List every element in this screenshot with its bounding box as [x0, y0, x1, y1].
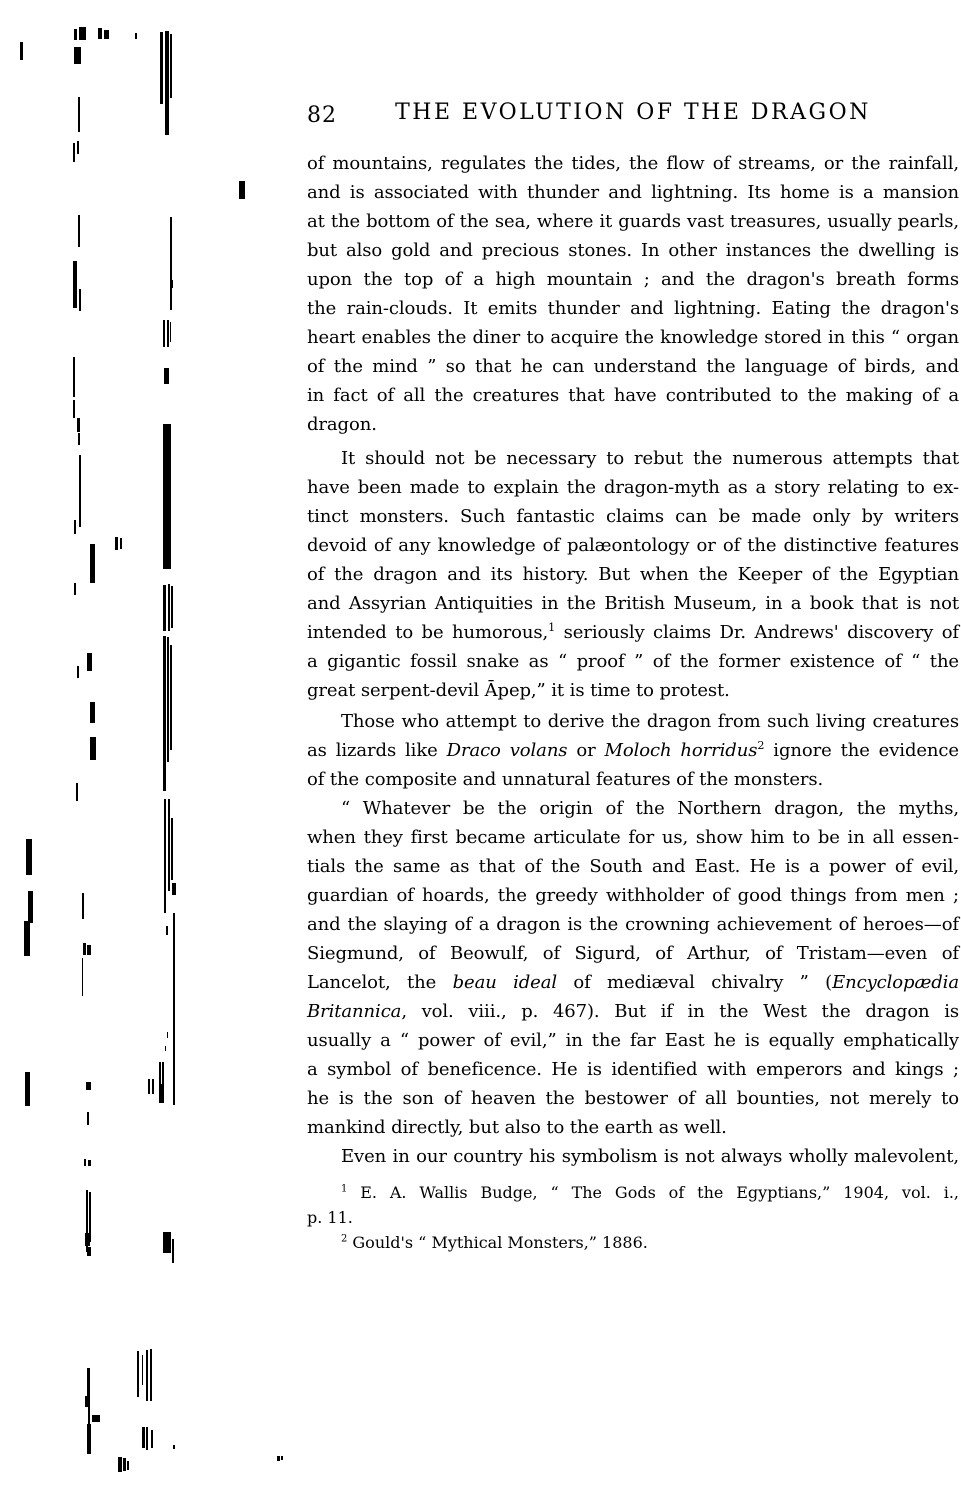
text-line: 1 E. A. Wallis Budge, “ The Gods of the … — [307, 1180, 959, 1205]
scan-artifact — [85, 1233, 90, 1246]
scan-artifact — [151, 1430, 153, 1448]
scan-artifact — [86, 1082, 91, 1090]
scan-artifact — [73, 261, 77, 308]
scan-artifact — [88, 1160, 91, 1166]
scan-artifact — [148, 1079, 150, 1094]
scan-artifact — [172, 883, 176, 895]
page-header: 82 THE EVOLUTION OF THE DRAGON — [307, 100, 959, 132]
scan-artifact — [78, 433, 80, 445]
scan-artifact — [77, 141, 79, 154]
scan-artifact — [90, 737, 96, 760]
scan-artifact — [170, 34, 172, 98]
scan-artifact — [88, 1403, 90, 1448]
scan-artifact — [170, 645, 172, 750]
scan-artifact — [164, 368, 169, 384]
text-line: tials the same as that of the South and … — [307, 852, 959, 881]
scan-artifact — [239, 181, 245, 199]
book-page: 82 THE EVOLUTION OF THE DRAGON of mounta… — [0, 0, 961, 1490]
scan-artifact — [277, 1456, 280, 1461]
scan-artifact — [120, 538, 122, 549]
paragraph: It should not be necessary to rebut the … — [307, 444, 959, 705]
text-line: great serpent-devil Āpep,” it is time to… — [307, 676, 959, 705]
page-number: 82 — [307, 103, 337, 128]
text-line: in fact of all the creatures that have c… — [307, 381, 959, 410]
scan-artifact — [173, 1445, 175, 1449]
scan-artifact — [98, 28, 102, 39]
scan-artifact — [87, 1112, 89, 1125]
scan-artifact — [159, 1084, 164, 1103]
scan-artifact — [77, 418, 80, 432]
scan-artifact — [82, 893, 84, 919]
text-line: of mountains, regulates the tides, the f… — [307, 149, 959, 178]
scan-artifact — [146, 1350, 148, 1401]
scan-artifact — [73, 357, 75, 397]
text-line: he is the son of heaven the bestower of … — [307, 1084, 959, 1113]
scan-artifact — [90, 544, 95, 583]
scan-artifact — [79, 27, 86, 40]
paragraph: Those who attempt to derive the dragon f… — [307, 707, 959, 794]
scan-artifact — [165, 1046, 166, 1051]
scan-artifact — [281, 1456, 283, 1460]
scan-artifact — [84, 1159, 86, 1166]
text-line: a gigantic fossil snake as “ proof ” of … — [307, 647, 959, 676]
scan-artifact — [118, 1457, 122, 1472]
text-line: and is associated with thunder and light… — [307, 178, 959, 207]
scan-artifact — [115, 537, 118, 550]
scan-artifact — [127, 1461, 129, 1470]
scan-artifact — [167, 637, 169, 762]
text-line: devoid of any knowledge of palæontology … — [307, 531, 959, 560]
text-line: Those who attempt to derive the dragon f… — [307, 707, 959, 736]
scan-artifact — [142, 1427, 145, 1448]
text-line: a symbol of beneficence. He is identifie… — [307, 1055, 959, 1084]
text-line: have been made to explain the dragon-myt… — [307, 473, 959, 502]
text-line: heart enables the diner to acquire the k… — [307, 323, 959, 352]
scan-artifact — [159, 1062, 161, 1103]
scan-artifact — [167, 1032, 168, 1038]
text-line: 2 Gould's “ Mythical Monsters,” 1886. — [307, 1230, 959, 1255]
scan-artifact — [172, 1239, 174, 1263]
paragraph: Even in our country his symbolism is not… — [307, 1142, 959, 1171]
text-line: Even in our country his symbolism is not… — [307, 1142, 959, 1171]
scan-artifact — [25, 1072, 30, 1106]
scan-artifact — [87, 945, 91, 955]
scan-artifact — [28, 891, 33, 923]
scan-artifact — [73, 143, 75, 162]
text-line: the rain-clouds. It emits thunder and li… — [307, 294, 959, 323]
scan-artifact — [142, 1355, 143, 1385]
scan-artifact — [152, 1079, 154, 1094]
scan-artifact — [79, 289, 81, 311]
scan-artifact — [164, 799, 166, 913]
scan-artifact — [74, 29, 77, 40]
scan-artifact — [170, 217, 172, 310]
scan-artifact — [162, 1062, 164, 1098]
text-line: Lancelot, the beau ideal of mediæval chi… — [307, 968, 959, 997]
scan-artifact — [146, 1427, 148, 1450]
paragraph: of mountains, regulates the tides, the f… — [307, 149, 959, 439]
scan-artifact — [82, 958, 83, 996]
text-line: “ Whatever be the origin of the Northern… — [307, 794, 959, 823]
text-line: tinct monsters. Such fantastic claims ca… — [307, 502, 959, 531]
scan-artifact — [171, 586, 173, 628]
scan-artifact — [167, 320, 169, 347]
page-title: THE EVOLUTION OF THE DRAGON — [307, 100, 959, 125]
text-line: but also gold and precious stones. In ot… — [307, 236, 959, 265]
text-line: p. 11. — [307, 1205, 959, 1230]
scan-artifact — [137, 1351, 139, 1397]
text-line: Britannica, vol. viii., p. 467). But if … — [307, 997, 959, 1026]
text-line: when they first became articulate for us… — [307, 823, 959, 852]
scan-artifact — [87, 1424, 91, 1454]
scan-artifact — [87, 1368, 90, 1400]
scan-artifact — [92, 1415, 100, 1422]
text-line: of the composite and unnatural features … — [307, 765, 959, 794]
scan-artifact — [74, 47, 81, 64]
scan-artifact — [163, 424, 171, 569]
scan-artifact — [135, 33, 137, 39]
text-line: of the mind ” so that he can understand … — [307, 352, 959, 381]
scan-artifact — [166, 926, 168, 935]
scan-artifact — [104, 30, 109, 39]
scan-artifact — [90, 702, 95, 723]
scan-artifact — [78, 215, 80, 247]
text-line: and the slaying of a dragon is the crown… — [307, 910, 959, 939]
scan-artifact — [173, 913, 175, 1105]
text-line: of the dragon and its history. But when … — [307, 560, 959, 589]
text-line: intended to be humorous,1 seriously clai… — [307, 618, 959, 647]
scan-artifact — [87, 1247, 91, 1256]
scan-artifact — [76, 783, 78, 801]
paragraph: “ Whatever be the origin of the Northern… — [307, 794, 959, 1142]
scan-artifact — [163, 636, 166, 791]
page-body: of mountains, regulates the tides, the f… — [307, 149, 959, 1171]
scan-artifact — [170, 280, 173, 288]
text-line: as lizards like Draco volans or Moloch h… — [307, 736, 959, 765]
scan-artifact — [123, 1458, 126, 1471]
text-line: mankind directly, but also to the earth … — [307, 1113, 959, 1142]
text-line: upon the top of a high mountain ; and th… — [307, 265, 959, 294]
scan-artifact — [83, 943, 86, 955]
scan-artifact — [171, 818, 173, 880]
scan-artifact — [163, 1232, 171, 1253]
text-line: Siegmund, of Beowulf, of Sigurd, of Arth… — [307, 939, 959, 968]
text-line: guardian of hoards, the greedy withholde… — [307, 881, 959, 910]
text-line: usually a “ power of evil,” in the far E… — [307, 1026, 959, 1055]
scan-artifact — [85, 1396, 90, 1407]
scan-artifact — [170, 322, 171, 342]
scan-artifact — [89, 1192, 91, 1242]
scan-artifact — [163, 320, 165, 347]
scan-artifact — [78, 97, 80, 132]
text-line: dragon. — [307, 410, 959, 439]
text-line: It should not be necessary to rebut the … — [307, 444, 959, 473]
scan-artifact — [86, 1190, 88, 1252]
scan-artifact — [150, 1349, 152, 1401]
scan-artifact — [87, 653, 92, 671]
scan-artifact — [24, 921, 30, 956]
scan-artifact — [77, 666, 79, 678]
scan-artifact — [165, 31, 169, 135]
scan-artifact — [26, 839, 32, 875]
scan-artifact — [79, 455, 81, 527]
text-line: at the bottom of the sea, where it guard… — [307, 207, 959, 236]
footnotes: 1 E. A. Wallis Budge, “ The Gods of the … — [307, 1180, 959, 1255]
scan-artifact — [168, 584, 170, 631]
scan-artifact — [73, 400, 75, 418]
text-line: and Assyrian Antiquities in the British … — [307, 589, 959, 618]
scan-artifact — [160, 32, 163, 104]
scan-artifact — [74, 583, 76, 595]
scan-artifact — [20, 42, 23, 60]
scan-artifact — [163, 585, 166, 631]
scan-artifact — [74, 520, 76, 534]
scan-artifact — [168, 799, 170, 891]
